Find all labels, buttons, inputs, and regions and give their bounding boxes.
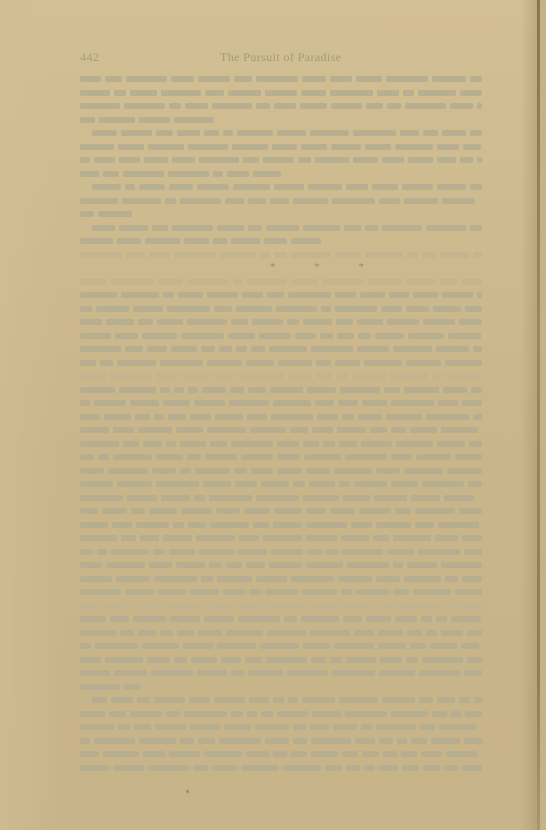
text-line: [illegible] — [80, 356, 482, 370]
text-line: [illegible] — [80, 126, 482, 140]
text-line: [illegible] — [80, 383, 482, 397]
text-line: [illegible] — [80, 437, 482, 451]
text-line: [illegible] — [80, 275, 482, 289]
text-line: [illegible] — [80, 680, 482, 694]
text-line: [illegible] — [80, 72, 482, 86]
text-line: [illegible] — [80, 585, 482, 599]
text-line: [illegible] — [80, 626, 482, 640]
text-line: [illegible] — [80, 612, 482, 626]
text-line: [illegible] — [80, 666, 482, 680]
book-page: 442 The Pursuit of Paradise [illegible][… — [0, 0, 546, 830]
text-line: [illegible] — [80, 653, 482, 667]
text-line: [illegible] — [80, 572, 482, 586]
text-line: [illegible] — [80, 410, 482, 424]
text-line: [illegible] — [80, 599, 482, 613]
text-line: [illegible] — [80, 558, 482, 572]
text-line: [illegible] — [80, 329, 482, 343]
text-line: [illegible] — [80, 140, 482, 154]
text-line: [illegible] — [80, 342, 482, 356]
text-line: [illegible] — [80, 315, 482, 329]
body-text: [illegible][illegible][illegible][illegi… — [80, 72, 482, 774]
text-line: [illegible] — [80, 693, 482, 707]
text-line: [illegible] — [80, 369, 482, 383]
text-line: [illegible] — [80, 113, 482, 127]
text-line: [illegible] — [80, 153, 482, 167]
text-line: [illegible] — [80, 531, 482, 545]
text-line: [illegible] — [80, 248, 482, 262]
text-line: [illegible] — [80, 464, 482, 478]
page-number: 442 — [80, 50, 100, 65]
text-line: [illegible] — [80, 288, 482, 302]
paper-blemish — [186, 790, 189, 793]
text-line: [illegible] — [80, 639, 482, 653]
text-line: [illegible] — [80, 747, 482, 761]
text-line: [illegible] — [80, 707, 482, 721]
text-line: [illegible] — [80, 518, 482, 532]
text-line: [illegible] — [80, 734, 482, 748]
section-break: * * * — [80, 261, 482, 275]
text-line: [illegible] — [80, 720, 482, 734]
text-line: [illegible] — [80, 86, 482, 100]
text-line: [illegible] — [80, 302, 482, 316]
text-line: [illegible] — [80, 180, 482, 194]
binding-shadow — [521, 0, 537, 830]
text-line: [illegible] — [80, 234, 482, 248]
text-line: [illegible] — [80, 504, 482, 518]
text-line: [illegible] — [80, 450, 482, 464]
text-line: [illegible] — [80, 99, 482, 113]
text-line: [illegible] — [80, 491, 482, 505]
text-line: [illegible] — [80, 221, 482, 235]
text-line: [illegible] — [80, 477, 482, 491]
text-line: [illegible] — [80, 761, 482, 775]
text-line: [illegible] — [80, 423, 482, 437]
running-head: The Pursuit of Paradise — [220, 50, 342, 65]
text-line: [illegible] — [80, 207, 482, 221]
text-line: [illegible] — [80, 194, 482, 208]
page-outer-strip — [540, 0, 546, 830]
page-header: 442 The Pursuit of Paradise — [80, 50, 482, 66]
text-line: [illegible] — [80, 167, 482, 181]
text-line: [illegible] — [80, 545, 482, 559]
section-break-asterisks: * * * — [270, 261, 382, 273]
text-line: [illegible] — [80, 396, 482, 410]
